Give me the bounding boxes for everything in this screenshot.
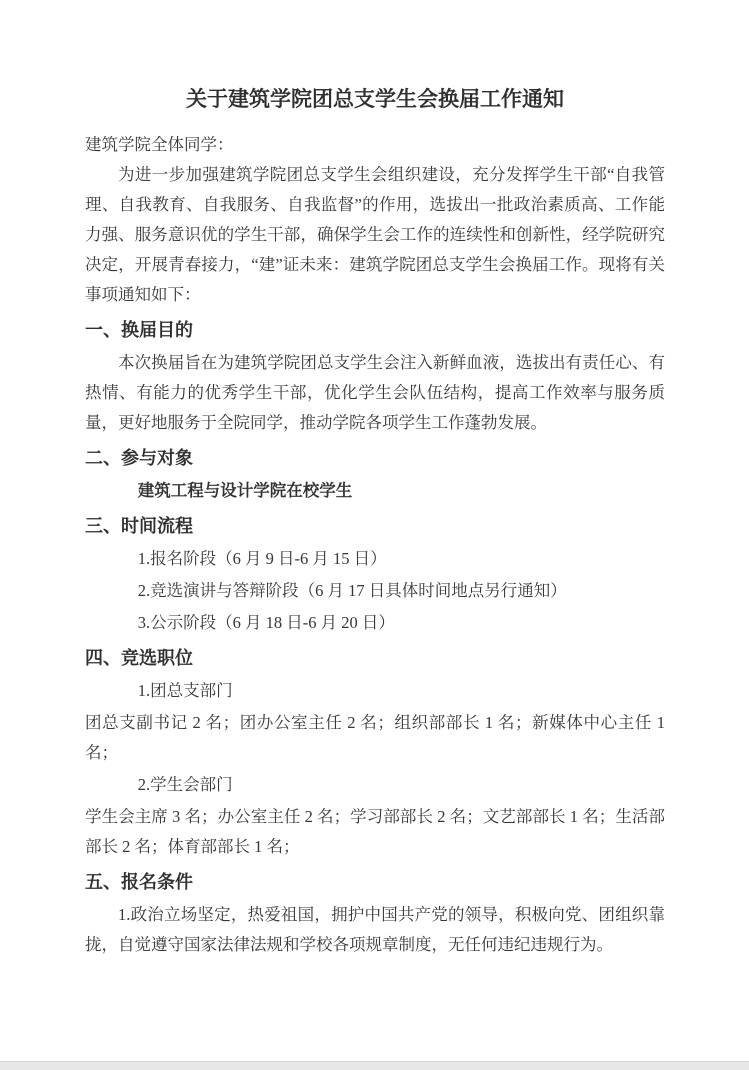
- intro-paragraph: 为进一步加强建筑学院团总支学生会组织建设，充分发挥学生干部“自我管理、自我教育、…: [85, 160, 665, 310]
- position-list-league: 团总支副书记 2 名；团办公室主任 2 名；组织部部长 1 名；新媒体中心主任 …: [85, 708, 665, 768]
- document-content: 关于建筑学院团总支学生会换届工作通知 建筑学院全体同学： 为进一步加强建筑学院团…: [0, 0, 749, 960]
- timeline-item-publicity: 3.公示阶段（6 月 18 日-6 月 20 日）: [85, 608, 665, 638]
- page-title: 关于建筑学院团总支学生会换届工作通知: [85, 84, 665, 114]
- document-page: 关于建筑学院团总支学生会换届工作通知 建筑学院全体同学： 为进一步加强建筑学院团…: [0, 0, 749, 1070]
- section-heading-requirements: 五、报名条件: [85, 869, 665, 895]
- section-heading-participants: 二、参与对象: [85, 445, 665, 471]
- section-heading-positions: 四、竞选职位: [85, 645, 665, 671]
- timeline-item-speech: 2.竞选演讲与答辩阶段（6 月 17 日具体时间地点另行通知）: [85, 576, 665, 606]
- salutation: 建筑学院全体同学：: [85, 130, 665, 160]
- position-group-label-union: 2.学生会部门: [85, 770, 665, 800]
- position-list-union: 学生会主席 3 名；办公室主任 2 名；学习部部长 2 名；文艺部部长 1 名；…: [85, 802, 665, 862]
- position-group-union: 2.学生会部门 学生会主席 3 名；办公室主任 2 名；学习部部长 2 名；文艺…: [85, 770, 665, 862]
- position-group-league: 1.团总支部门 团总支副书记 2 名；团办公室主任 2 名；组织部部长 1 名；…: [85, 676, 665, 768]
- section-heading-timeline: 三、时间流程: [85, 513, 665, 539]
- eligible-participants: 建筑工程与设计学院在校学生: [85, 476, 665, 506]
- section-body-purpose: 本次换届旨在为建筑学院团总支学生会注入新鲜血液，选拔出有责任心、有热情、有能力的…: [85, 348, 665, 438]
- requirement-paragraph: 1.政治立场坚定，热爱祖国，拥护中国共产党的领导，积极向党、团组织靠拢，自觉遵守…: [85, 900, 665, 960]
- section-heading-purpose: 一、换届目的: [85, 317, 665, 343]
- timeline-item-registration: 1.报名阶段（6 月 9 日-6 月 15 日）: [85, 544, 665, 574]
- page-bottom-strip: [0, 1061, 749, 1070]
- position-group-label-league: 1.团总支部门: [85, 676, 665, 706]
